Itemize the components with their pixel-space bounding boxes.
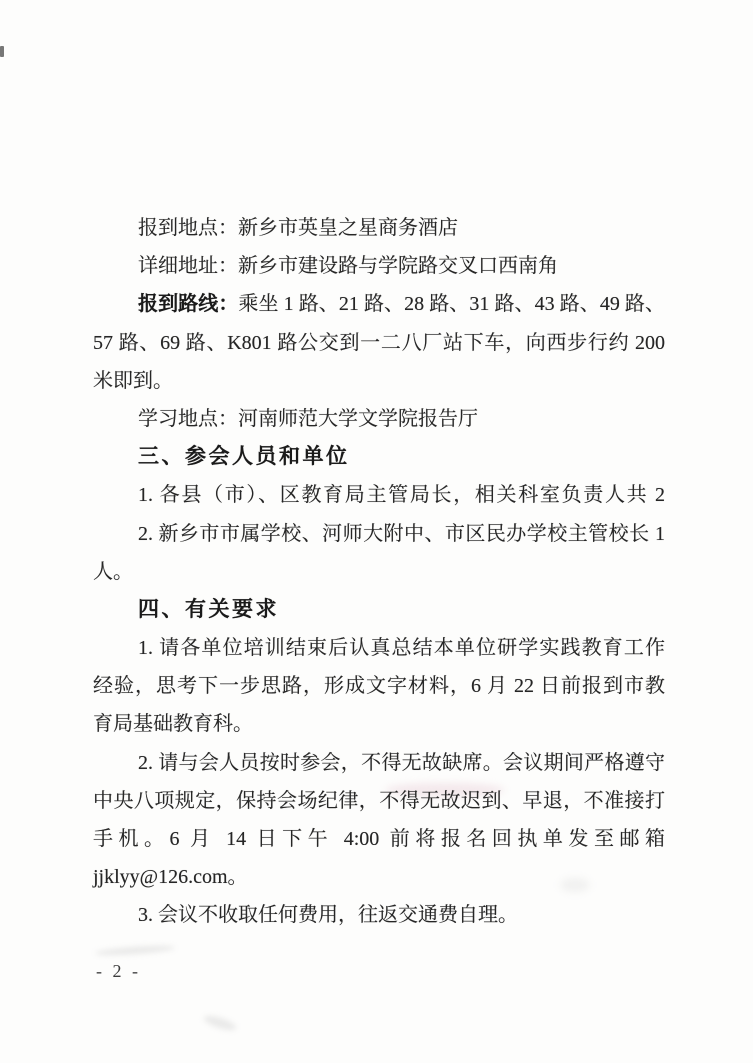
checkin-location-line: 报到地点：新乡市英皇之星商务酒店 [93, 209, 665, 247]
requirement-2-line: 2. 请与会人员按时参会，不得无故缺席。会议期间严格遵守 [93, 744, 665, 782]
line-text: 57 路、69 路、K801 路公交到一二八厂站下车，向西步行约 200 [93, 332, 665, 354]
scan-smudge [202, 1013, 237, 1033]
scan-edge-mark [0, 46, 4, 57]
email-line: jjklyy@126.com。 [93, 858, 665, 896]
attendee-item-1-line: 1. 各县（市）、区教育局主管局长，相关科室负责人共 2 人。 [93, 476, 665, 514]
heading-text: 三、参会人员和单位 [138, 445, 350, 468]
email-text: jjklyy@126.com。 [93, 866, 248, 888]
line-text: 米即到。 [93, 370, 173, 392]
line-text: 2. 新乡市市属学校、河师大附中、市区民办学校主管校长 1 [138, 523, 665, 545]
requirement-1-line: 1. 请各单位培训结束后认真总结本单位研学实践教育工作 [93, 629, 665, 667]
line-text: 育局基础教育科。 [93, 713, 253, 735]
attendee-item-2-line: 2. 新乡市市属学校、河师大附中、市区民办学校主管校长 1 [93, 515, 665, 553]
line-text: 2. 请与会人员按时参会，不得无故缺席。会议期间严格遵守 [138, 752, 665, 774]
line-text: 1. 请各单位培训结束后认真总结本单位研学实践教育工作 [138, 637, 665, 659]
requirement-1-continuation: 经验，思考下一步思路，形成文字材料，6 月 22 日前报到市教 [93, 667, 665, 705]
scan-smudge [95, 944, 175, 957]
section-4-heading: 四、有关要求 [93, 591, 665, 629]
address-line: 详细地址：新乡市建设路与学院路交叉口西南角 [93, 247, 665, 285]
attendee-item-2-continuation: 人。 [93, 553, 665, 591]
heading-text: 四、有关要求 [138, 598, 279, 621]
line-text: 3. 会议不收取任何费用，往返交通费自理。 [138, 904, 518, 926]
line-text: 乘坐 1 路、21 路、28 路、31 路、43 路、49 路、 [238, 293, 665, 315]
line-text: 1. 各县（市）、区教育局主管局长，相关科室负责人共 2 人。 [138, 484, 665, 514]
requirement-2-continuation-2: 手机。6 月 14 日下午 4:00 前将报名回执单发至邮箱 [93, 820, 665, 858]
scanned-document-page: 报到地点：新乡市英皇之星商务酒店 详细地址：新乡市建设路与学院路交叉口西南角 报… [0, 0, 753, 1063]
route-label: 报到路线： [138, 293, 238, 315]
line-text: 手机。6 月 14 日下午 4:00 前将报名回执单发至邮箱 [93, 828, 665, 850]
line-text: 学习地点：河南师范大学文学院报告厅 [138, 408, 478, 430]
requirement-1-continuation-2: 育局基础教育科。 [93, 705, 665, 743]
line-text: 人。 [93, 561, 133, 583]
section-3-heading: 三、参会人员和单位 [93, 438, 665, 476]
line-text: 中央八项规定，保持会场纪律，不得无故迟到、早退，不准接打 [93, 790, 665, 812]
document-body: 报到地点：新乡市英皇之星商务酒店 详细地址：新乡市建设路与学院路交叉口西南角 报… [93, 209, 665, 935]
study-location-line: 学习地点：河南师范大学文学院报告厅 [93, 400, 665, 438]
line-text: 报到地点：新乡市英皇之星商务酒店 [138, 217, 458, 239]
line-text: 经验，思考下一步思路，形成文字材料，6 月 22 日前报到市教 [93, 675, 665, 697]
line-text: 详细地址：新乡市建设路与学院路交叉口西南角 [138, 255, 558, 277]
page-number: - 2 - [96, 961, 141, 982]
checkin-route-line: 报到路线：乘坐 1 路、21 路、28 路、31 路、43 路、49 路、 [93, 285, 665, 323]
route-continuation-line: 57 路、69 路、K801 路公交到一二八厂站下车，向西步行约 200 [93, 324, 665, 362]
requirement-2-continuation: 中央八项规定，保持会场纪律，不得无故迟到、早退，不准接打 [93, 782, 665, 820]
requirement-3-line: 3. 会议不收取任何费用，往返交通费自理。 [93, 896, 665, 934]
route-continuation-line-2: 米即到。 [93, 362, 665, 400]
